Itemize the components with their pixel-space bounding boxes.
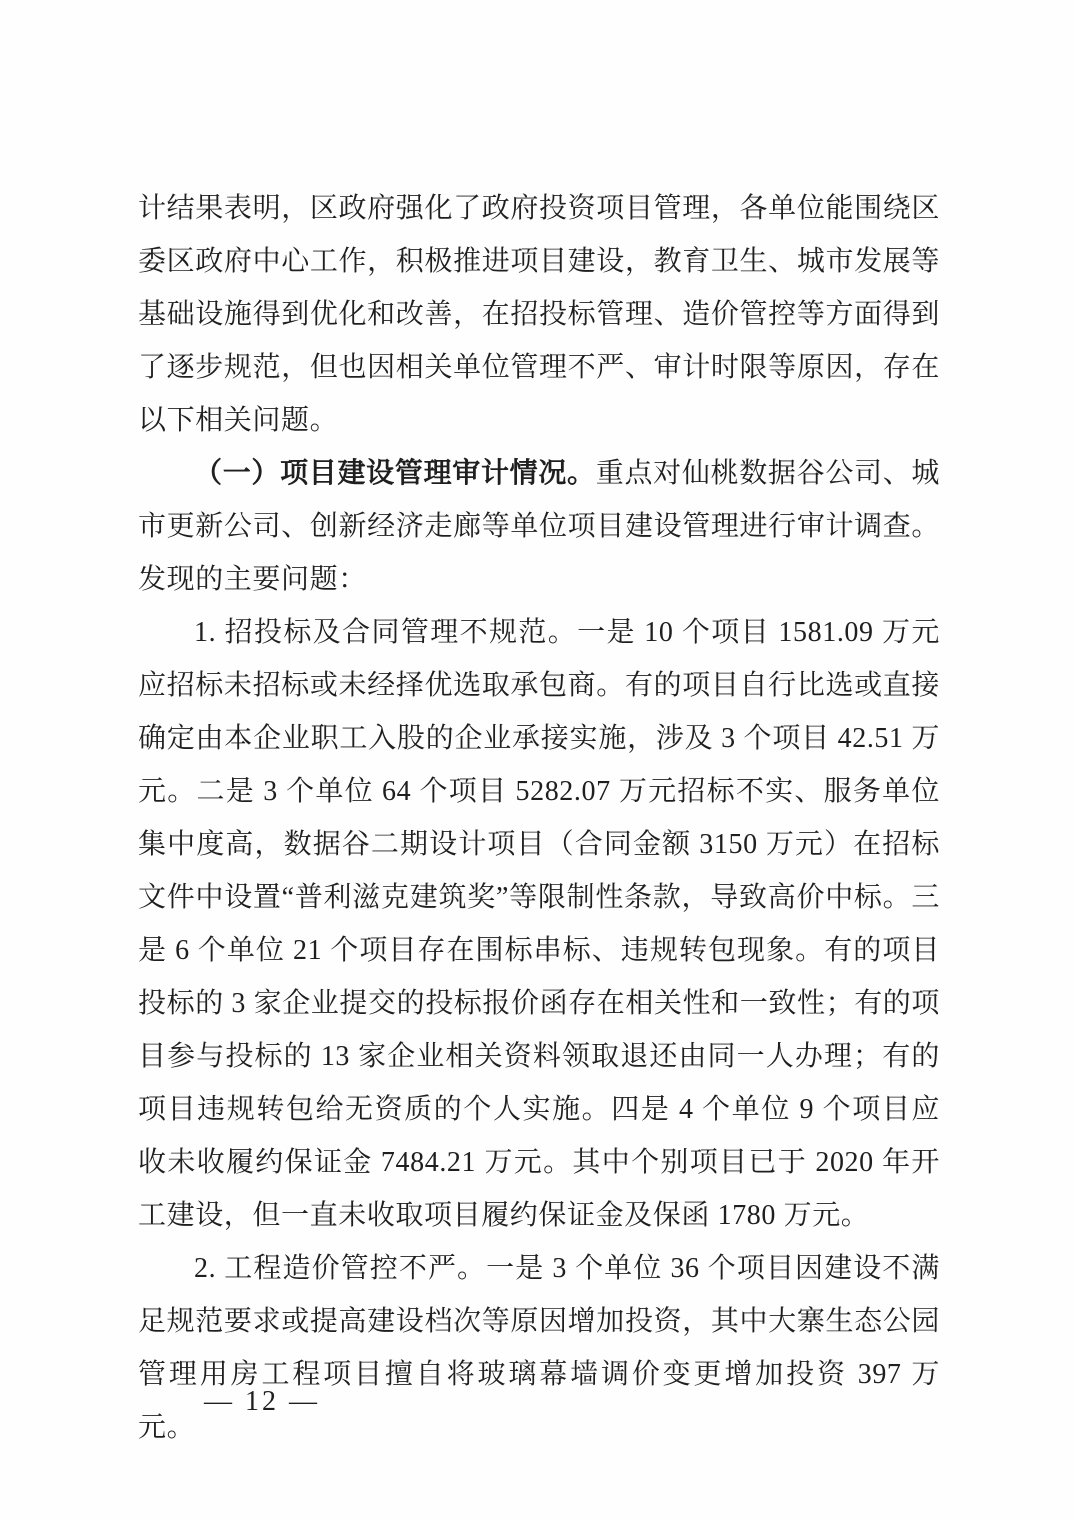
paragraph-audit-overview-text: 计结果表明，区政府强化了政府投资项目管理，各单位能围绕区委区政府中心工作，积极推… — [138, 193, 940, 436]
document-page: 计结果表明，区政府强化了政府投资项目管理，各单位能围绕区委区政府中心工作，积极推… — [0, 0, 1074, 1520]
paragraph-issue-1-text: 1. 招投标及合同管理不规范。一是 10 个项目 1581.09 万元应招标未招… — [138, 617, 940, 1231]
paragraph-issue-2-cost-control: 2. 工程造价管控不严。一是 3 个单位 36 个项目因建设不满足规范要求或提高… — [138, 1242, 940, 1454]
paragraph-section-1: （一）项目建设管理审计情况。重点对仙桃数据谷公司、城市更新公司、创新经济走廊等单… — [138, 447, 940, 606]
document-body: 计结果表明，区政府强化了政府投资项目管理，各单位能围绕区委区政府中心工作，积极推… — [138, 182, 940, 1454]
paragraph-issue-1-bidding: 1. 招投标及合同管理不规范。一是 10 个项目 1581.09 万元应招标未招… — [138, 606, 940, 1242]
page-footer: — 12 — — [204, 1384, 320, 1420]
page-number: — 12 — — [204, 1386, 320, 1417]
section-1-heading: （一）项目建设管理审计情况。 — [194, 458, 596, 489]
paragraph-audit-overview: 计结果表明，区政府强化了政府投资项目管理，各单位能围绕区委区政府中心工作，积极推… — [138, 182, 940, 447]
